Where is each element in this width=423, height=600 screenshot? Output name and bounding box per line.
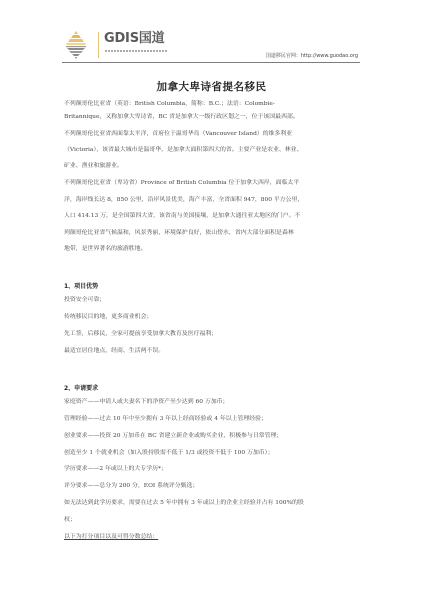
requirement-item: 家庭资产——申请人或夫妻名下的净资产至少达到 60 万加币； [64,399,358,406]
advantage-item: 最适宜居住地点，经商、生活两不误。 [64,348,358,355]
requirement-item: 创业要求——投资 20 万加币在 BC 省建立新企业或购买企业，积极参与日常管理… [64,433,358,440]
gdis-logo-icon [65,30,87,60]
intro-line: 不列颠哥伦比亚省西面靠太平洋，首府位于温哥华岛（Vancouver Island… [64,131,358,138]
requirement-item: 如无法达到此学历要求，需要在过去 5 年中拥有 3 年或以上的企业主经验并占有 … [64,500,358,507]
advantage-item: 传统移民目的地，更多商业机会； [64,314,358,321]
intro-line: 洋，海岸线长达 8，850 公里，沿岸风景优美，海产丰富，全省面积 947，80… [64,197,358,204]
header-divider [62,62,360,63]
intro-line: （Victoria），该省最大城市是温哥华，是加拿大面积第四大的省。主要产业是农… [64,147,358,154]
intro-line: 地带，是世界著名的旅游胜地。 [64,246,358,253]
advantage-item: 先工签，后移民，全家可提前享受加拿大教育及医疗福利； [64,331,358,338]
document-page: GDIS国道 国道移民官网：http://www.guodao.org 加拿大卑… [0,0,423,600]
section-heading-advantages: 1、项目优势 [64,281,98,290]
page-header: GDIS国道 国道移民官网：http://www.guodao.org [62,28,360,62]
requirement-item: 评分要求——总分为 200 分，EOI 系统评分甄选； [64,483,358,490]
requirement-item: 创造至少 1 个就业机会（如入股持股需不低于 1/3 或投资不低于 100 万加… [64,450,358,457]
intro-line: Britannique，又称加拿大卑诗省，BC 省是加拿大一级行政区划之一，位于… [64,114,358,121]
document-title: 加拿大卑诗省提名移民 [0,79,423,94]
intro-line: 列颠哥伦比亚省气候温和，风景秀丽，环境保护良好，依山傍水，省内大部分面积是森林 [64,230,358,237]
logo-tagline [105,50,167,52]
advantage-item: 投资安全可靠； [64,297,358,304]
scoring-summary-link[interactable]: 以下为打分项目以及可得分数总结： [64,534,358,541]
site-link[interactable]: 国道移民官网：http://www.guodao.org [266,52,358,59]
intro-line: 不列颠哥伦比亚省（卑诗省）Province of British Columbi… [64,180,358,187]
requirement-item: 学历要求——2 年或以上的大专学历*； [64,466,358,473]
requirement-item: 权； [64,517,358,524]
intro-line: 人口 414.13 万，是全国第四大省，该省南与美国接壤，是加拿大通往亚太地区的… [64,213,358,220]
section-heading-requirements: 2、申请要求 [64,383,98,392]
intro-line: 矿业、渔业和旅游业。 [64,163,358,170]
logo-divider [98,32,99,58]
logo-text: GDIS国道 [104,32,164,46]
intro-line: 不列颠哥伦比亚省（英语：British Columbia，简称：B.C.；法语：… [64,101,358,108]
requirement-item: 管理经验——过去 10 年中至少拥有 3 年以上经商经验或 4 年以上管理经验； [64,416,358,423]
